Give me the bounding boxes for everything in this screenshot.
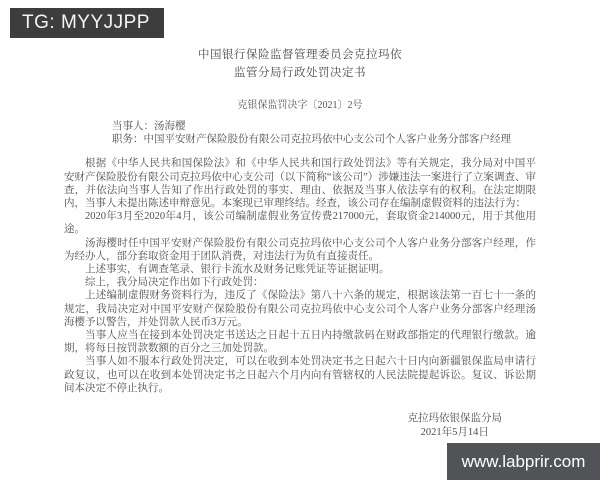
signature-block: 克拉玛依银保监分局 2021年5月14日 [408,412,503,440]
issuing-authority: 克拉玛依银保监分局 [408,412,503,426]
document-title-line1: 中国银行保险监督管理委员会克拉玛依 [0,46,600,64]
document-body: 当事人：汤海樱 职务：中国平安财产保险股份有限公司克拉玛依中心支公司个人客户业务… [64,120,536,395]
issue-date: 2021年5月14日 [408,426,503,440]
paragraph-payment-terms: 当事人应当在接到本处罚决定书送达之日起十五日内持缴款码在财政部指定的代理银行缴款… [64,329,536,355]
telegram-watermark-badge: TG: MYYJJPP [10,8,164,38]
document-title: 中国银行保险监督管理委员会克拉玛依 监管分局行政处罚决定书 [0,46,600,82]
document-number: 克银保监罚决字〔2021〕2号 [0,96,600,111]
paragraph-decision-intro: 综上，我分局决定作出如下行政处罚： [64,276,536,289]
paragraph-evidence: 上述事实，有调查笔录、银行卡流水及财务记账凭证等证据证明。 [64,263,536,276]
party-position-line: 职务：中国平安财产保险股份有限公司克拉玛依中心支公司个人客户业务分部客户经理 [112,133,536,146]
party-name-line: 当事人：汤海樱 [112,120,536,133]
penalty-decision-document: 中国银行保险监督管理委员会克拉玛依 监管分局行政处罚决定书 克银保监罚决字〔20… [0,0,600,480]
paragraph-penalty: 上述编制虚假财务资料行为，违反了《保险法》第八十六条的规定，根据该法第一百七十一… [64,289,536,329]
document-title-line2: 监管分局行政处罚决定书 [0,64,600,82]
paragraph-violation-facts: 2020年3月至2020年4月，该公司编制虚假业务宣传费217000元，套取资金… [64,210,536,236]
website-watermark-bar: www.labprir.com [447,443,600,480]
party-info-block: 当事人：汤海樱 职务：中国平安财产保险股份有限公司克拉玛依中心支公司个人客户业务… [64,120,536,146]
paragraph-responsibility: 汤海樱时任中国平安财产保险股份有限公司克拉玛依中心支公司个人客户业务分部客户经理… [64,237,536,263]
paragraph-case-basis: 根据《中华人民共和国保险法》和《中华人民共和国行政处罚法》等有关规定，我分局对中… [64,157,536,210]
paragraph-appeal-rights: 当事人如不服本行政处罚决定，可以在收到本处罚决定书之日起六十日内向新疆银保监局申… [64,355,536,395]
